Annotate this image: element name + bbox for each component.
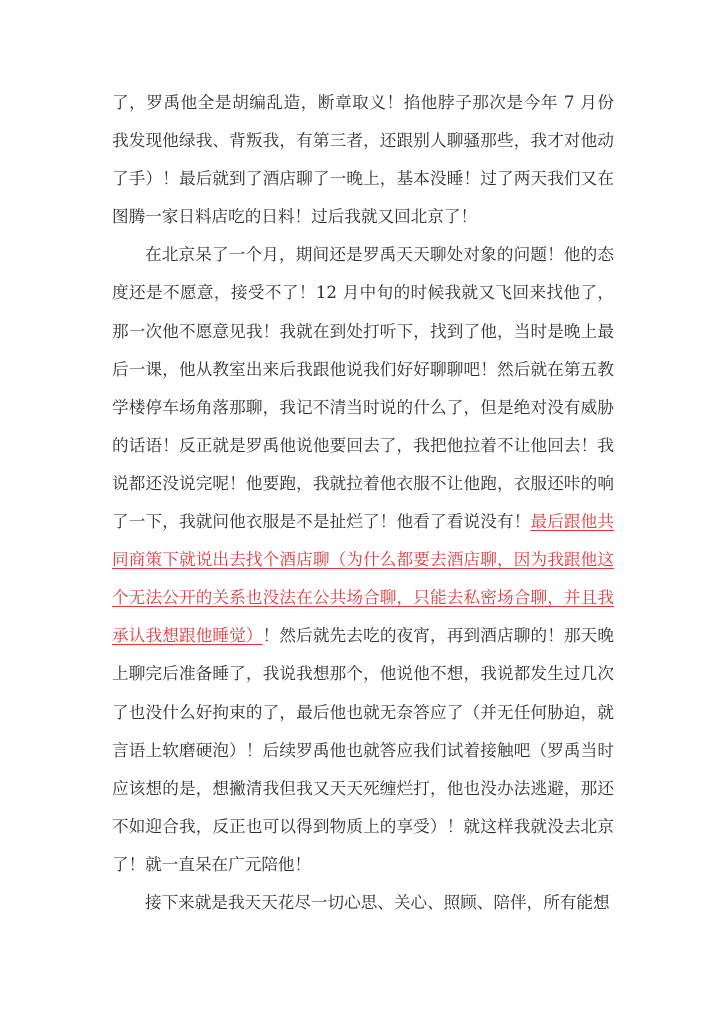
paragraph-3: 接下来就是我天天花尽一切心思、关心、照顾、陪伴，所有能想 xyxy=(112,884,614,922)
paragraph-3-text: 接下来就是我天天花尽一切心思、关心、照顾、陪伴，所有能想 xyxy=(145,893,610,912)
paragraph-2-text-b: ！然后就先去吃的夜宵，再到酒店聊的！那天晚上聊完后准备睡了，我说我想那个，他说他… xyxy=(112,626,614,874)
paragraph-1-text: 了，罗禹他全是胡编乱造，断章取义！掐他脖子那次是今年 7 月份我发现他绿我、背叛… xyxy=(112,93,614,226)
document-page: 了，罗禹他全是胡编乱造，断章取义！掐他脖子那次是今年 7 月份我发现他绿我、背叛… xyxy=(112,84,614,922)
paragraph-1: 了，罗禹他全是胡编乱造，断章取义！掐他脖子那次是今年 7 月份我发现他绿我、背叛… xyxy=(112,84,614,236)
paragraph-2-text-a: 在北京呆了一个月，期间还是罗禹天天聊处对象的问题！他的态度还是不愿意，接受不了！… xyxy=(112,245,614,531)
paragraph-2: 在北京呆了一个月，期间还是罗禹天天聊处对象的问题！他的态度还是不愿意，接受不了！… xyxy=(112,236,614,884)
